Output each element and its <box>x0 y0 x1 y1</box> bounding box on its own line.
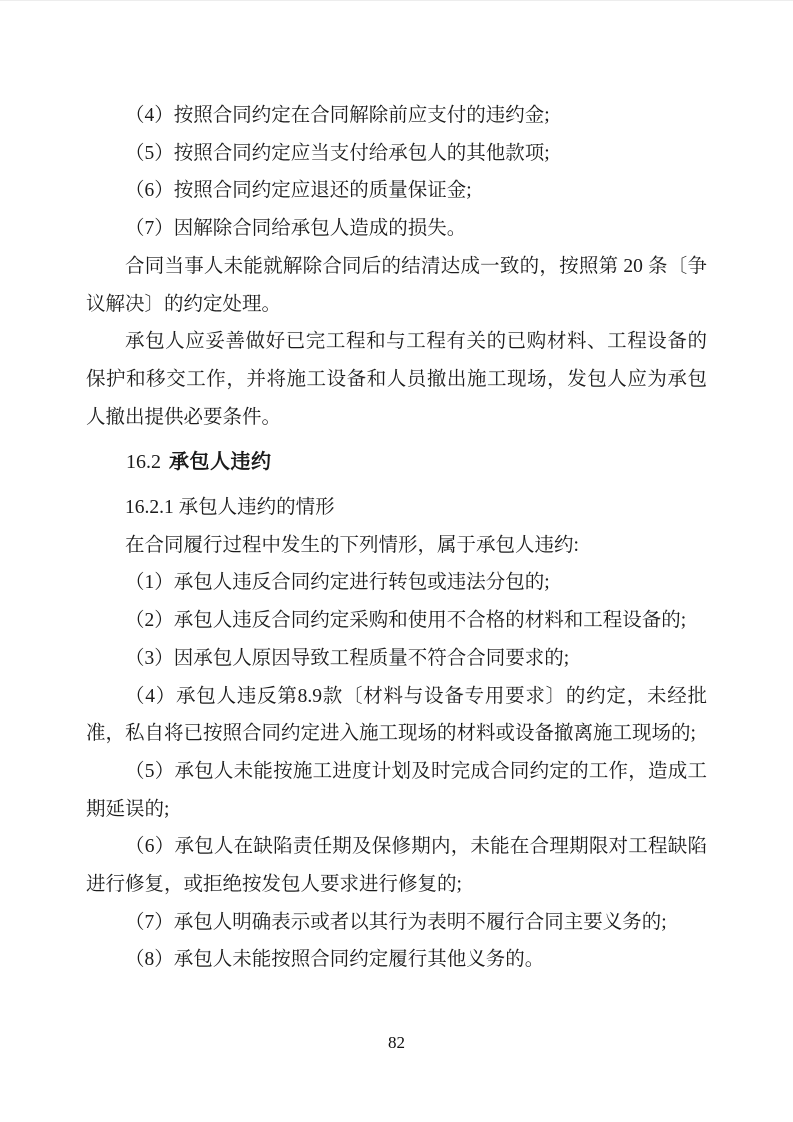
breach-item-3: （3）因承包人原因导致工程质量不符合合同要求的; <box>86 640 707 678</box>
breach-item-7: （7）承包人明确表示或者以其行为表明不履行合同主要义务的; <box>86 904 707 942</box>
termination-payment-item-7: （7）因解除合同给承包人造成的损失。 <box>86 210 707 248</box>
termination-payment-item-5: （5）按照合同约定应当支付给承包人的其他款项; <box>86 135 707 173</box>
section-title: 承包人违约 <box>169 451 272 473</box>
breach-item-4: （4）承包人违反第8.9款〔材料与设备专用要求〕的约定，未经批准，私自将已按照合… <box>86 678 707 753</box>
breach-item-8: （8）承包人未能按照合同约定履行其他义务的。 <box>86 941 707 979</box>
section-heading-16-2: 16.2承包人违约 <box>86 444 707 482</box>
breach-item-5: （5）承包人未能按施工进度计划及时完成合同约定的工作，造成工期延误的; <box>86 753 707 828</box>
section-number: 16.2 <box>126 451 161 473</box>
breach-item-1: （1）承包人违反合同约定进行转包或违法分包的; <box>86 564 707 602</box>
paragraph-settlement: 合同当事人未能就解除合同后的结清达成一致的，按照第 20 条〔争议解决〕的约定处… <box>86 248 707 323</box>
document-page: （4）按照合同约定在合同解除前应支付的违约金; （5）按照合同约定应当支付给承包… <box>0 0 793 1122</box>
paragraph-breach-intro: 在合同履行过程中发生的下列情形，属于承包人违约: <box>86 527 707 565</box>
page-content: （4）按照合同约定在合同解除前应支付的违约金; （5）按照合同约定应当支付给承包… <box>0 1 793 979</box>
termination-payment-item-6: （6）按照合同约定应退还的质量保证金; <box>86 172 707 210</box>
breach-item-6: （6）承包人在缺陷责任期及保修期内，未能在合理期限对工程缺陷进行修复，或拒绝按发… <box>86 828 707 903</box>
page-number: 82 <box>0 1032 793 1054</box>
termination-payment-item-4: （4）按照合同约定在合同解除前应支付的违约金; <box>86 97 707 135</box>
breach-item-2: （2）承包人违反合同约定采购和使用不合格的材料和工程设备的; <box>86 602 707 640</box>
paragraph-handover: 承包人应妥善做好已完工程和与工程有关的已购材料、工程设备的保护和移交工作，并将施… <box>86 323 707 436</box>
subsection-heading-16-2-1: 16.2.1 承包人违约的情形 <box>86 489 707 527</box>
